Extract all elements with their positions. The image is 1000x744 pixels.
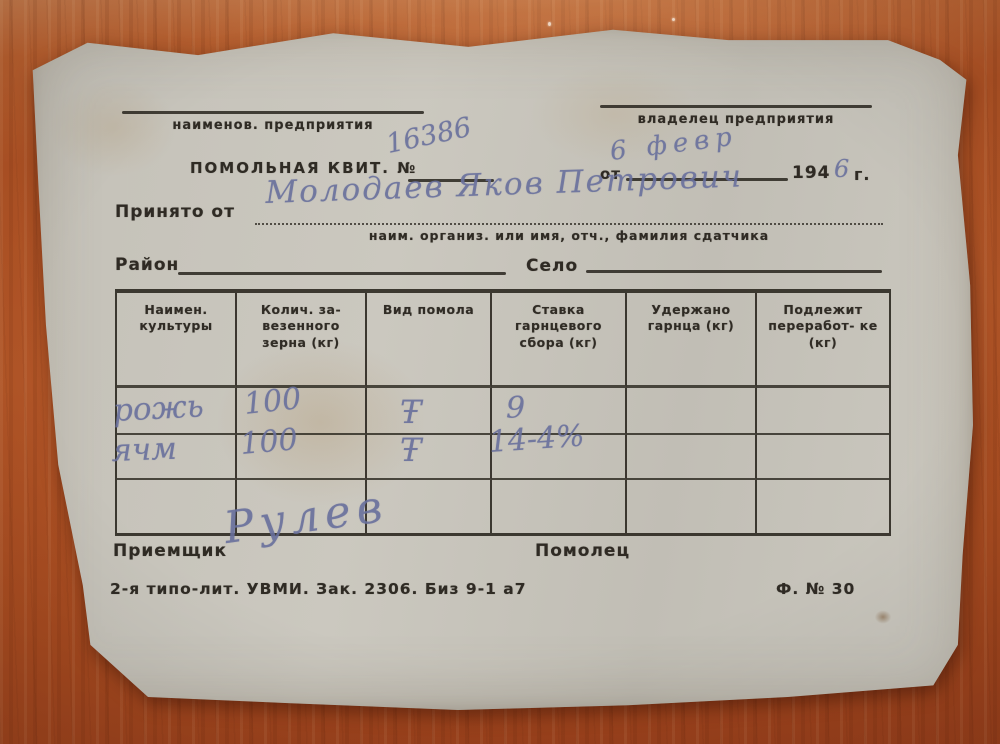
village-label: Село [526,256,578,276]
receipt-paper-wrap: наименов. предприятия владелец предприят… [0,0,1000,744]
table-cell [117,480,237,533]
table-cell [757,435,889,480]
year-suffix: г. [854,165,870,184]
column-header: Колич. за- везенного зерна (кг) [237,293,367,388]
table-cell [757,480,889,533]
village-line [586,270,882,273]
column-header: Ставка гарнцевого сбора (кг) [492,293,627,388]
table-cell [627,388,757,435]
row1-crop-handwritten: рожь [112,388,204,429]
table-cell [367,388,492,435]
row2-rate-handwritten: 14-4% [488,418,586,460]
year-handwritten: 6 [834,155,849,183]
table-cell [627,480,757,533]
row2-crop-handwritten: ячм [111,431,178,469]
district-label: Район [115,255,179,275]
receiver-label: Приемщик [113,541,227,561]
miller-label: Помолец [535,541,630,561]
table-cell [627,435,757,480]
print-shop-imprint: 2-я типо-лит. УВМИ. Зак. 2306. Биз 9-1 а… [110,580,527,598]
photo-scene: наименов. предприятия владелец предприят… [0,0,1000,744]
table-cell [757,388,889,435]
rule-line [122,111,424,114]
row1-rate-handwritten: 9 [506,391,525,426]
rule-line [600,105,872,108]
year-printed: 194 [792,163,831,183]
row1-quantity-handwritten: 100 [242,381,303,422]
enterprise-name-label: наименов. предприятия [122,118,424,133]
form-number: Ф. № 30 [776,580,855,598]
table-cell [367,435,492,480]
row2-milling-type-handwritten: Ŧ [400,431,421,469]
column-header: Удержано гарнца (кг) [627,293,757,388]
table-cell [492,480,627,533]
column-header: Вид помола [367,293,492,388]
received-from-caption: наим. организ. или имя, отч., фамилия сд… [255,228,883,243]
column-header: Подлежит переработ- ке (кг) [757,293,889,388]
receipt-paper: наименов. предприятия владелец предприят… [28,25,973,710]
row1-milling-type-handwritten: Ŧ [400,393,421,431]
column-header: Наимен. культуры [117,293,237,388]
received-from-label: Принято от [115,202,235,222]
milling-table: Наимен. культуры Колич. за- везенного зе… [115,289,891,536]
row2-quantity-handwritten: 100 [239,422,299,462]
district-line [178,272,506,275]
